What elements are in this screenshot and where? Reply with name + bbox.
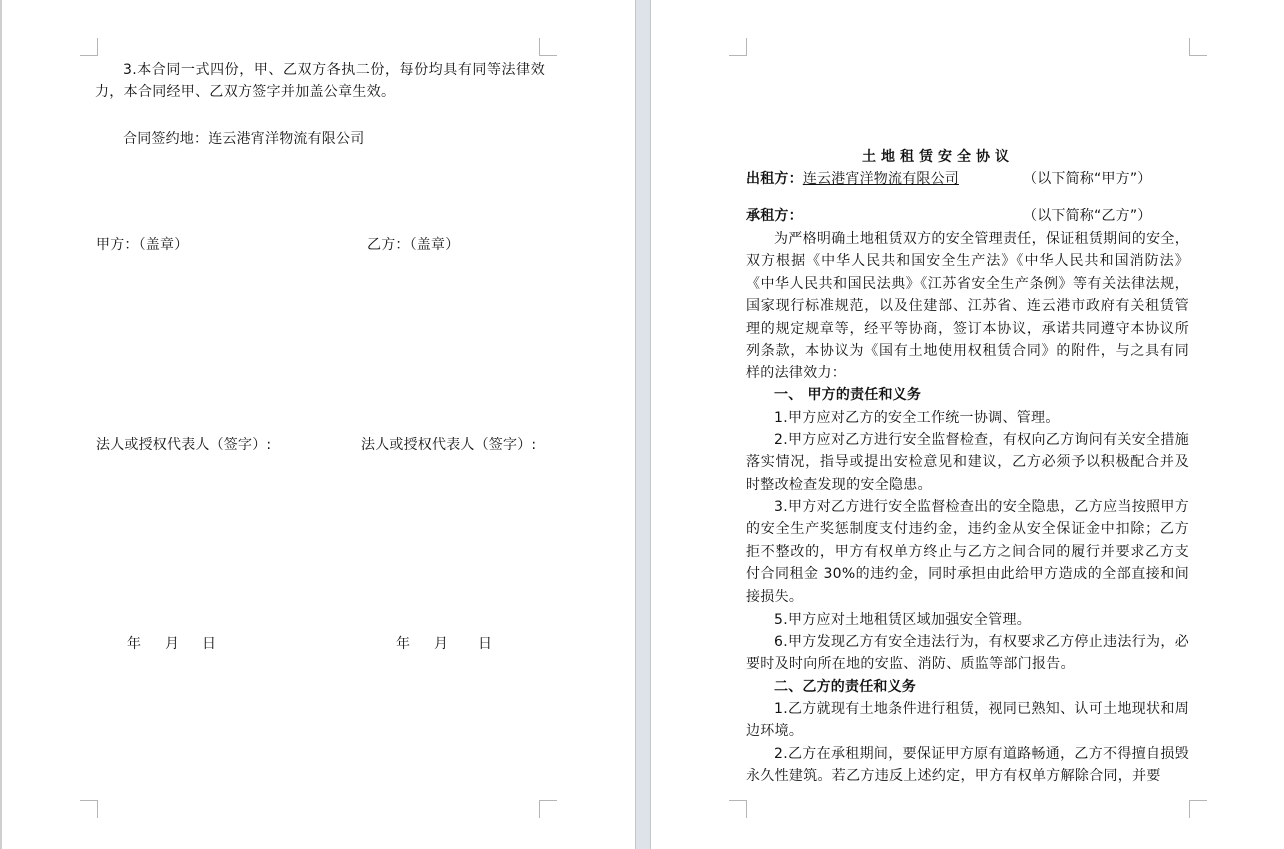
section-1-item-3: 3.甲方对乙方进行安全监督检查出的安全隐患，乙方应当按照甲方的安全生产奖惩制度支… — [746, 496, 1189, 608]
signing-place-label: 合同签约地： — [123, 131, 208, 147]
section-2-item-1: 1.乙方就现有土地条件进行租赁，视同已熟知、认可土地现状和周边环境。 — [746, 698, 1189, 743]
party-a-date-year: 年 — [127, 633, 141, 655]
lessor-alias: （以下简称“甲方”） — [1023, 168, 1152, 190]
lessee-alias: （以下简称“乙方”） — [1023, 205, 1152, 227]
margin-corner-mark — [80, 800, 98, 818]
party-a-representative-label: 法人或授权代表人（签字）: — [96, 434, 271, 456]
margin-corner-mark — [1189, 38, 1207, 56]
margin-corner-mark — [729, 800, 747, 818]
party-b-date-month: 月 — [434, 633, 448, 655]
margin-corner-mark — [539, 38, 557, 56]
party-b-date-year: 年 — [396, 633, 410, 655]
section-1-item-1: 1.甲方应对乙方的安全工作统一协调、管理。 — [746, 407, 1189, 429]
lessor-value: 连云港宵洋物流有限公司 — [803, 168, 965, 190]
margin-corner-mark — [539, 800, 557, 818]
section-2-item-2: 2.乙方在承租期间，要保证甲方原有道路畅通，乙方不得擅自损毁永久性建筑。若乙方违… — [746, 743, 1189, 788]
party-a-date-month: 月 — [165, 633, 179, 655]
party-b-date-day: 日 — [478, 633, 492, 655]
lessor-line: 出租方：连云港宵洋物流有限公司 — [746, 168, 965, 190]
lessee-line: 承租方： — [746, 205, 803, 227]
section-1-heading: 一、 甲方的责任和义务 — [774, 384, 921, 406]
signing-place-value: 连云港宵洋物流有限公司 — [208, 131, 364, 147]
section-1-item-6: 6.甲方发现乙方有安全违法行为，有权要求乙方停止违法行为，必要时及时向所在地的安… — [746, 631, 1189, 676]
party-a-seal-label: 甲方：（盖章） — [96, 234, 188, 256]
party-b-seal-label: 乙方：（盖章） — [367, 234, 459, 256]
clause-3-paragraph: 3.本合同一式四份，甲、乙双方各执二份，每份均具有同等法律效力，本合同经甲、乙双… — [95, 59, 545, 104]
lessor-label: 出租方： — [746, 171, 803, 187]
signing-place: 合同签约地：连云港宵洋物流有限公司 — [123, 128, 364, 150]
preamble-paragraph: 为严格明确土地租赁双方的安全管理责任，保证租赁期间的安全，双方根据《中华人民共和… — [746, 228, 1189, 385]
section-2-heading: 二、乙方的责任和义务 — [774, 676, 916, 698]
page-gutter — [635, 0, 651, 849]
party-a-date-day: 日 — [202, 633, 216, 655]
margin-corner-mark — [1189, 800, 1207, 818]
document-page-right: 土地租赁安全协议 出租方：连云港宵洋物流有限公司 （以下简称“甲方”） 承租方：… — [651, 0, 1284, 849]
lessee-label: 承租方： — [746, 208, 803, 224]
margin-corner-mark — [80, 38, 98, 56]
party-b-representative-label: 法人或授权代表人（签字）: — [361, 434, 536, 456]
section-1-item-2: 2.甲方应对乙方进行安全监督检查，有权向乙方询问有关安全措施落实情况，指导或提出… — [746, 429, 1189, 496]
agreement-title: 土地租赁安全协议 — [862, 146, 1014, 166]
document-page-left: 3.本合同一式四份，甲、乙双方各执二份，每份均具有同等法律效力，本合同经甲、乙双… — [2, 0, 635, 849]
margin-corner-mark — [729, 38, 747, 56]
section-1-item-5: 5.甲方应对土地租赁区域加强安全管理。 — [746, 609, 1189, 631]
